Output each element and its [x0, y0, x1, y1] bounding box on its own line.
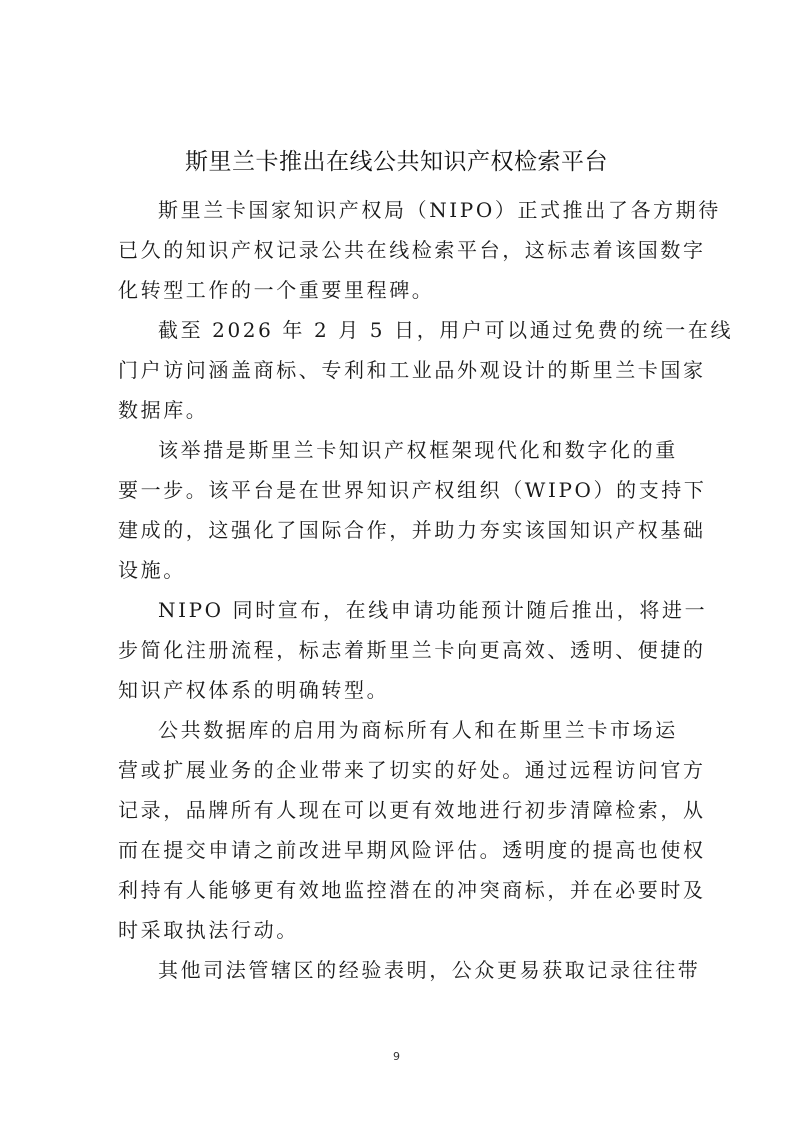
text-line: 而在提交申请之前改进早期风险评估。透明度的提高也使权 — [118, 830, 678, 870]
text-line: 化转型工作的一个重要里程碑。 — [118, 270, 678, 310]
text-line: 截至 2026 年 2 月 5 日，用户可以通过免费的统一在线 — [118, 310, 678, 350]
page-number: 9 — [0, 1050, 793, 1063]
text-line: 公共数据库的启用为商标所有人和在斯里兰卡市场运 — [118, 710, 678, 750]
text-line: 时采取执法行动。 — [118, 910, 678, 950]
page-title: 斯里兰卡推出在线公共知识产权检索平台 — [0, 147, 793, 177]
text-line: 要一步。该平台是在世界知识产权组织（WIPO）的支持下 — [118, 470, 678, 510]
paragraph: 其他司法管辖区的经验表明，公众更易获取记录往往带 — [118, 950, 678, 990]
text-line: 步简化注册流程，标志着斯里兰卡向更高效、透明、便捷的 — [118, 630, 678, 670]
text-line: 已久的知识产权记录公共在线检索平台，这标志着该国数字 — [118, 230, 678, 270]
text-line: 建成的，这强化了国际合作，并助力夯实该国知识产权基础 — [118, 510, 678, 550]
text-line: 知识产权体系的明确转型。 — [118, 670, 678, 710]
text-line: 记录，品牌所有人现在可以更有效地进行初步清障检索，从 — [118, 790, 678, 830]
paragraph: 截至 2026 年 2 月 5 日，用户可以通过免费的统一在线 门户访问涵盖商标… — [118, 310, 678, 430]
text-line: 利持有人能够更有效地监控潜在的冲突商标，并在必要时及 — [118, 870, 678, 910]
text-line: NIPO 同时宣布，在线申请功能预计随后推出，将进一 — [118, 590, 678, 630]
paragraph: NIPO 同时宣布，在线申请功能预计随后推出，将进一 步简化注册流程，标志着斯里… — [118, 590, 678, 710]
text-line: 其他司法管辖区的经验表明，公众更易获取记录往往带 — [118, 950, 678, 990]
text-line: 该举措是斯里兰卡知识产权框架现代化和数字化的重 — [118, 430, 678, 470]
article-body: 斯里兰卡国家知识产权局（NIPO）正式推出了各方期待 已久的知识产权记录公共在线… — [118, 190, 678, 990]
text-line: 门户访问涵盖商标、专利和工业品外观设计的斯里兰卡国家 — [118, 350, 678, 390]
paragraph: 斯里兰卡国家知识产权局（NIPO）正式推出了各方期待 已久的知识产权记录公共在线… — [118, 190, 678, 310]
text-line: 营或扩展业务的企业带来了切实的好处。通过远程访问官方 — [118, 750, 678, 790]
text-line: 斯里兰卡国家知识产权局（NIPO）正式推出了各方期待 — [118, 190, 678, 230]
paragraph: 该举措是斯里兰卡知识产权框架现代化和数字化的重 要一步。该平台是在世界知识产权组… — [118, 430, 678, 590]
paragraph: 公共数据库的启用为商标所有人和在斯里兰卡市场运 营或扩展业务的企业带来了切实的好… — [118, 710, 678, 950]
text-line: 数据库。 — [118, 390, 678, 430]
text-line: 设施。 — [118, 550, 678, 590]
